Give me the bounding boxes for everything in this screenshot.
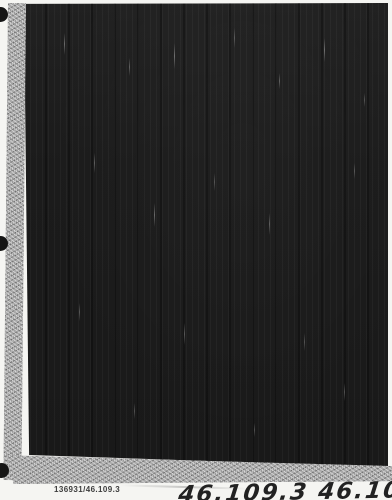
catalog-photo-card: 136931/46.109.3 46.109.3 46.109.3b bbox=[0, 0, 392, 500]
fabric-sheen-streak bbox=[184, 323, 185, 345]
fabric-sheen-streak bbox=[129, 58, 130, 76]
fabric-sheen-streak bbox=[364, 93, 365, 107]
fabric-sheen-streak bbox=[64, 33, 65, 55]
fabric-sheen-streak bbox=[324, 38, 325, 62]
fabric-sheen-streak bbox=[234, 28, 235, 48]
fabric-sheen-streak bbox=[344, 383, 345, 401]
fabric-sheen-streak bbox=[269, 213, 270, 235]
fabric-sheen-streak bbox=[134, 403, 135, 419]
fabric-sheen-streak bbox=[254, 423, 255, 437]
printed-catalog-number: 136931/46.109.3 bbox=[54, 485, 120, 494]
hole-punch-icon bbox=[0, 7, 8, 22]
fabric-sheen-streak bbox=[279, 73, 280, 89]
fabric-sheen-streak bbox=[79, 303, 80, 321]
fabric-sheen-streak bbox=[174, 43, 175, 69]
fabric-sheen-streak bbox=[154, 203, 155, 227]
fabric-sheen-streak bbox=[354, 163, 355, 179]
fabric-sheen-streak bbox=[94, 153, 95, 173]
velvet-fabric-panel bbox=[24, 3, 388, 468]
fabric-sheen-streak bbox=[304, 333, 305, 351]
fabric-sheen-streak bbox=[214, 173, 215, 191]
